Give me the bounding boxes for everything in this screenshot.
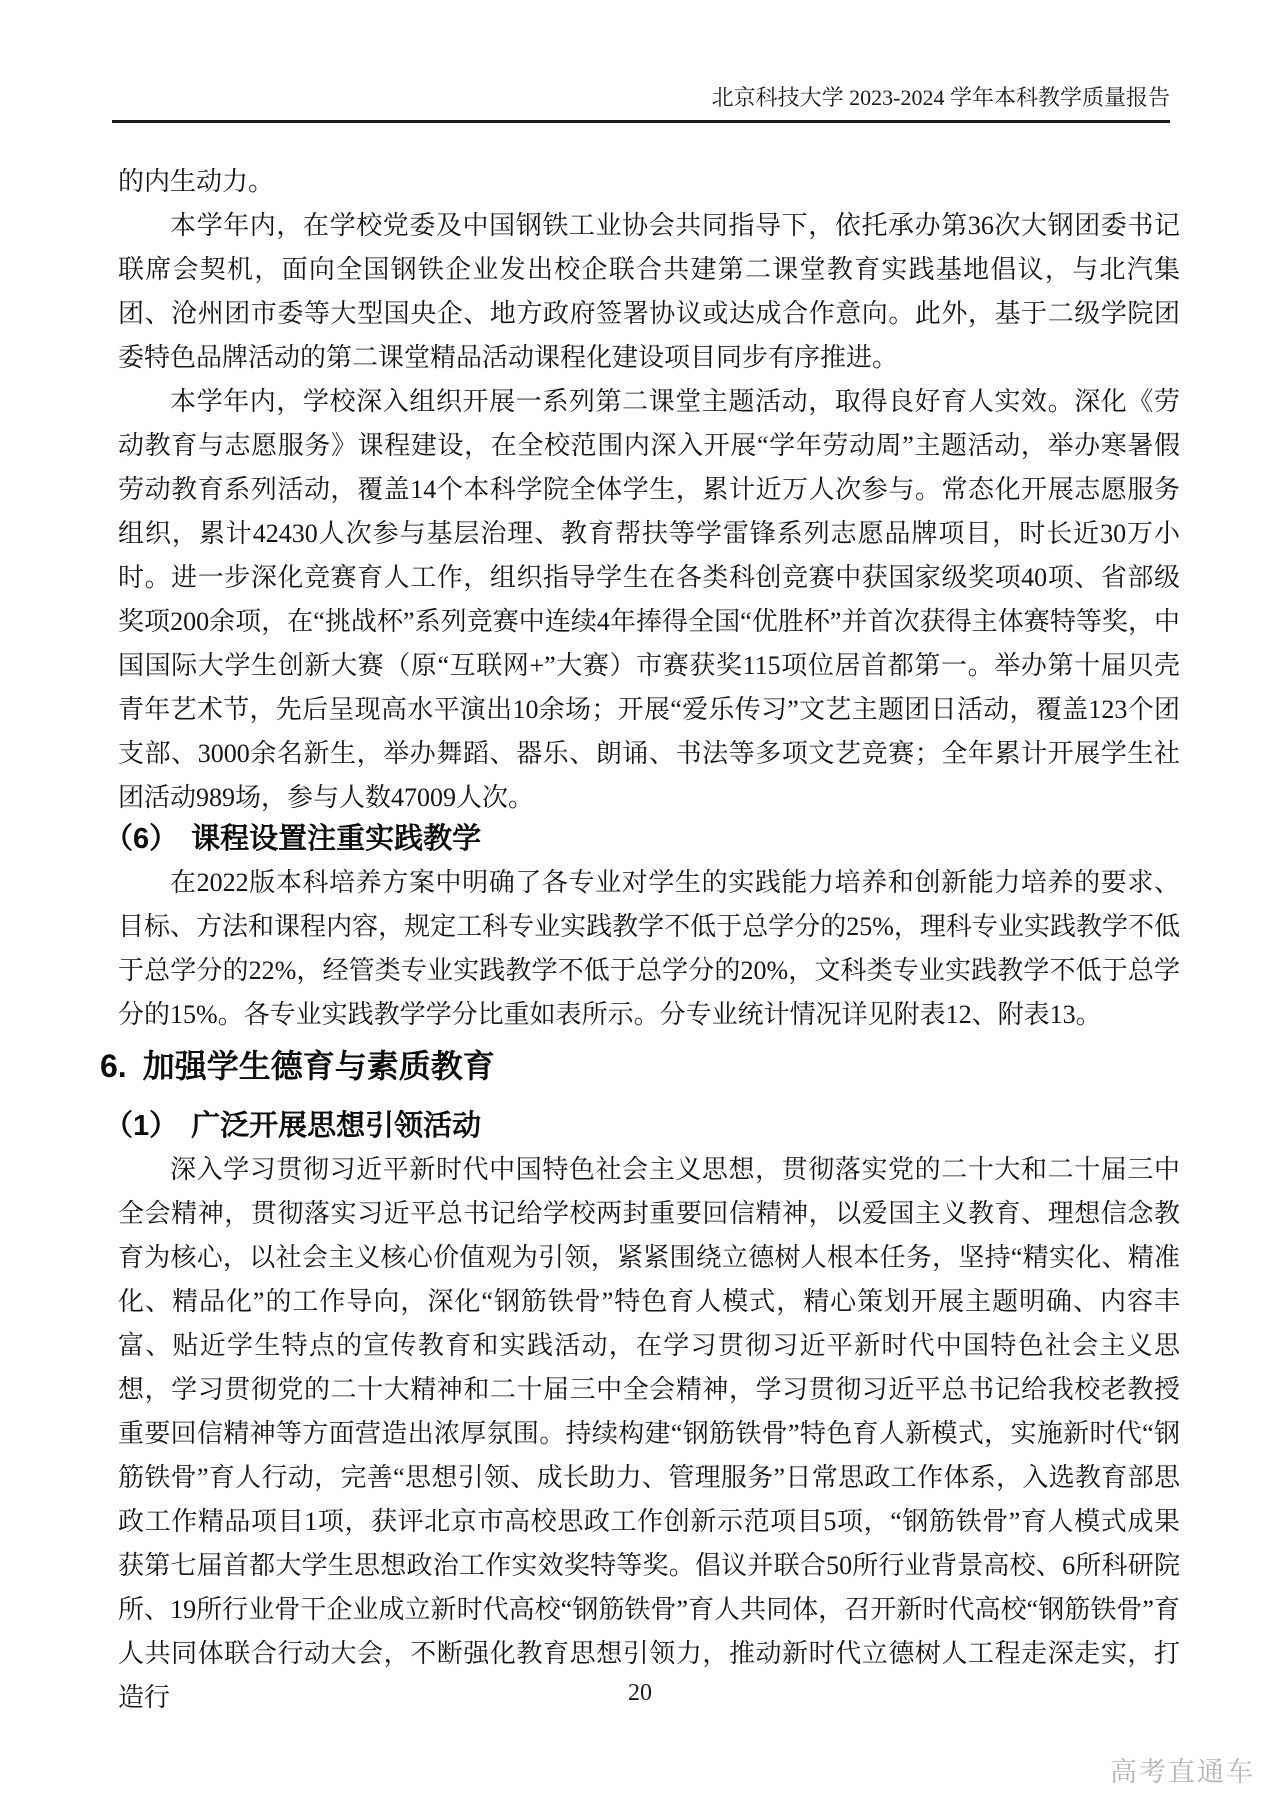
heading-title: 课程设置注重实践教学 xyxy=(191,823,481,855)
paragraph-tail: 的内生动力。 xyxy=(118,160,1180,204)
page-header: 北京科技大学 2023-2024 学年本科教学质量报告 xyxy=(112,76,1170,123)
page-number: 20 xyxy=(0,1678,1280,1708)
section-6-heading: 6.加强学生德育与素质教育 xyxy=(100,1042,1180,1090)
heading-6-practice-teaching: （6）课程设置注重实践教学 xyxy=(104,817,1180,861)
header-title: 北京科技大学 2023-2024 学年本科教学质量报告 xyxy=(712,85,1170,110)
document-body: 的内生动力。 本学年内，在学校党委及中国钢铁工业协会共同指导下，依托承办第36次… xyxy=(118,160,1180,1720)
watermark: 高考直通车 xyxy=(1110,1756,1255,1788)
paragraph: 在2022版本科培养方案中明确了各专业对学生的实践能力培养和创新能力培养的要求、… xyxy=(118,861,1180,1037)
section-title: 加强学生德育与素质教育 xyxy=(143,1048,495,1084)
paragraph: 本学年内，在学校党委及中国钢铁工业协会共同指导下，依托承办第36次大钢团委书记联… xyxy=(118,204,1180,380)
heading-1-ideological-guidance: （1）广泛开展思想引领活动 xyxy=(104,1104,1180,1148)
section-number: 6. xyxy=(100,1048,127,1084)
heading-number: （1） xyxy=(104,1110,178,1142)
paragraph: 本学年内，学校深入组织开展一系列第二课堂主题活动，取得良好育人实效。深化《劳动教… xyxy=(118,380,1180,820)
heading-number: （6） xyxy=(104,823,178,855)
paragraph: 深入学习贯彻习近平新时代中国特色社会主义思想，贯彻落实党的二十大和二十届三中全会… xyxy=(118,1148,1180,1720)
heading-title: 广泛开展思想引领活动 xyxy=(191,1110,481,1142)
document-page: 北京科技大学 2023-2024 学年本科教学质量报告 的内生动力。 本学年内，… xyxy=(0,0,1280,1810)
